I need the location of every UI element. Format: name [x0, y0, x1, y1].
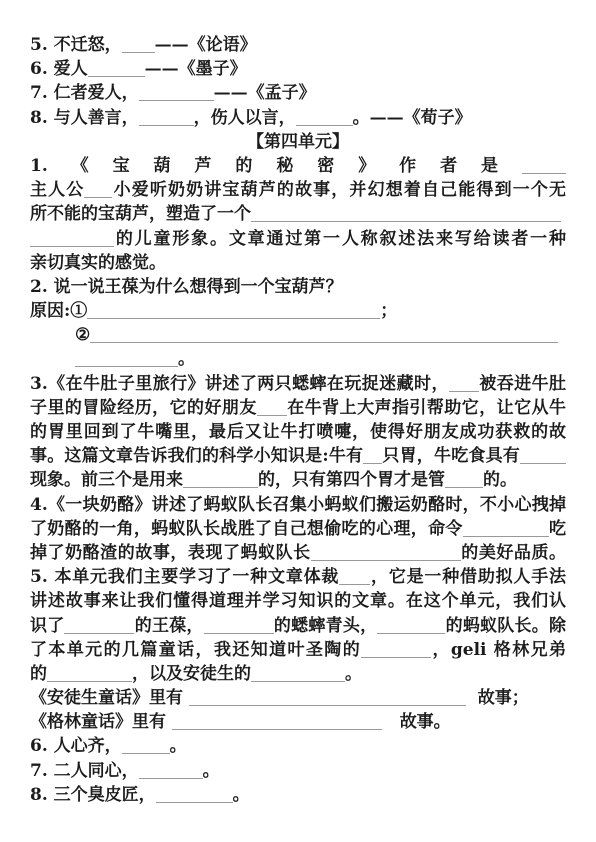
text-run: 。	[170, 736, 187, 756]
fill-in-blank-underline	[47, 667, 132, 682]
text-run: 事。这篇文章告诉我们的科学小知识是:牛有	[30, 446, 363, 466]
text-run: 的蟋蟀青头，	[274, 616, 378, 636]
text-run: 掉了奶酪渣的故事，表现了蚂蚁队长	[30, 543, 311, 563]
q5-line-4: 了本单元的几篇童话，我还知道叶圣陶的，geli 格林兄弟	[30, 638, 566, 662]
text-run: 6. 爱人	[30, 59, 88, 79]
text-run: 1.《宝葫芦的秘密》作者是	[30, 156, 522, 176]
text-run: 《格林童话》里有	[30, 712, 166, 732]
text-run: ，伤人以言，	[194, 108, 296, 128]
fill-in-blank-underline	[445, 473, 483, 488]
text-run: 小爱听奶奶讲宝葫芦的故事，并幻想着自己能得到一个无	[112, 180, 566, 200]
q3-line-2: 子里的冒险经历，它的好朋友在牛背上大声指引帮助它，让它从牛	[30, 396, 566, 420]
text-run: 《安徒生童话》里有	[30, 688, 183, 708]
q2-reason-1: 原因:①；	[30, 299, 566, 323]
fill-in-blank-underline	[363, 449, 382, 464]
q5-line-3: 识了的王葆，的蟋蟀青头，的蚂蚁队长。除	[30, 614, 566, 638]
q2-prompt: 2. 说一说王葆为什么想得到一个宝葫芦？	[30, 275, 566, 299]
fill-in-blank-underline	[204, 619, 274, 634]
text-run: 。	[233, 785, 250, 805]
text-run	[466, 688, 478, 708]
fill-in-blank-underline	[339, 570, 370, 585]
text-run: 的蚂蚁队长。除	[445, 616, 566, 636]
quote-mozi: 6. 爱人——《墨子》	[30, 57, 566, 81]
fill-in-blank-underline	[139, 111, 194, 126]
quote-mengzi: 7. 仁者爱人，——《孟子》	[30, 81, 566, 105]
text-run: 识了	[30, 616, 64, 636]
fill-in-blank-underline	[84, 183, 112, 198]
fill-in-blank-underline	[361, 643, 431, 658]
text-run: ②	[75, 325, 90, 345]
fill-in-blank-underline	[172, 715, 382, 730]
fill-in-blank-underline	[30, 232, 114, 247]
fill-in-blank-underline	[90, 328, 558, 343]
text-run: 子里的冒险经历，它的好朋友	[30, 398, 257, 418]
text-run: 7. 仁者爱人，	[30, 83, 139, 103]
text-run: 6. 人心齐，	[30, 736, 122, 756]
quote-lunyu: 5. 不迁怒，——《论语》	[30, 33, 566, 57]
text-run: 原因:①	[30, 301, 87, 321]
fill-in-blank-underline	[88, 62, 145, 77]
unit-4-header: 【第四单元】	[30, 130, 566, 154]
fill-in-blank-underline	[520, 449, 566, 464]
text-run: 现象。前三个是用来	[30, 470, 183, 490]
text-run	[382, 712, 400, 732]
q4-line-2: 了奶酪的一角，蚂蚁队长战胜了自己想偷吃的心理，命令吃	[30, 517, 566, 541]
text-run: 只胃，牛吃食具有	[382, 446, 520, 466]
saying-errentongxin: 7. 二人同心，。	[30, 759, 566, 783]
fill-in-blank-underline	[122, 38, 155, 53]
fill-in-blank-underline	[139, 86, 214, 101]
text-run: 。——《荀子》	[353, 108, 472, 128]
text-run: 2. 说一说王葆为什么想得到一个宝葫芦？	[30, 277, 343, 297]
text-run: 的王葆，	[134, 616, 203, 636]
fill-in-blank-underline	[463, 522, 549, 537]
text-run: 被吞进牛肚	[479, 374, 566, 394]
fill-in-blank-underline	[251, 207, 561, 222]
fill-in-blank-underline	[139, 764, 203, 779]
text-run: 3.《在牛肚子里旅行》讲述了两只蟋蟀在玩捉迷藏时，	[30, 374, 449, 394]
q5-line-2: 讲述故事来让我们懂得道理并学习知识的文章。在这个单元，我们认	[30, 589, 566, 613]
text-run: 5. 不迁怒，	[30, 35, 122, 55]
text-run: 。	[345, 664, 362, 684]
text-run: 故事；	[478, 688, 529, 708]
text-run: ——《论语》	[155, 35, 257, 55]
text-run: 的。	[483, 470, 517, 490]
saying-choupijiang: 8. 三个臭皮匠，。	[30, 783, 566, 807]
text-run: 。	[178, 349, 195, 369]
grimm-line: 《格林童话》里有 故事。	[30, 710, 566, 734]
quote-xunzi: 8. 与人善言，，伤人以言，。——《荀子》	[30, 106, 566, 130]
saying-renxinqi: 6. 人心齐，。	[30, 734, 566, 758]
q3-line-1: 3.《在牛肚子里旅行》讲述了两只蟋蟀在玩捉迷藏时，被吞进牛肚	[30, 372, 566, 396]
worksheet-lines: 5. 不迁怒，——《论语》6. 爱人——《墨子》7. 仁者爱人，——《孟子》8.…	[30, 33, 566, 807]
text-run: 讲述故事来让我们懂得道理并学习知识的文章。在这个单元，我们认	[30, 591, 566, 611]
text-run: 了本单元的几篇童话，我还知道叶圣陶的	[30, 640, 361, 660]
text-run: 了奶酪的一角，蚂蚁队长战胜了自己想偷吃的心理，命令	[30, 519, 463, 539]
q4-line-1: 4.《一块奶酪》讲述了蚂蚁队长召集小蚂蚁们搬运奶酪时，不小心拽掉	[30, 493, 566, 517]
text-run: 亲切真实的感觉。	[30, 253, 166, 273]
q3-line-4: 事。这篇文章告诉我们的科学小知识是:牛有只胃，牛吃食具有	[30, 444, 566, 468]
q1-line-1: 1.《宝葫芦的秘密》作者是，现代小说家、儿童文学作家。课文写	[30, 154, 566, 178]
text-run: 故事。	[400, 712, 451, 732]
fill-in-blank-underline	[257, 401, 287, 416]
text-run: ；	[380, 301, 397, 321]
q5-line-1: 5. 本单元我们主要学习了一种文章体裁，它是一种借助拟人手法	[30, 565, 566, 589]
fill-in-blank-underline	[377, 619, 445, 634]
text-run: ——《墨子》	[145, 59, 247, 79]
text-run: 主人公	[30, 180, 84, 200]
q1-line-4: 的儿童形象。文章通过第一人称叙述法来写给读者一种	[30, 227, 566, 251]
fill-in-blank-underline	[64, 619, 134, 634]
q3-line-5: 现象。前三个是用来的，只有第四个胃才是管的。	[30, 468, 566, 492]
worksheet-page: 5. 不迁怒，——《论语》6. 爱人——《墨子》7. 仁者爱人，——《孟子》8.…	[0, 0, 596, 842]
text-run: ，它是一种借助拟人手法	[370, 567, 566, 587]
text-run: ，以及安徒生的	[132, 664, 251, 684]
text-run: 4.《一块奶酪》讲述了蚂蚁队长召集小蚂蚁们搬运奶酪时，不小心拽掉	[30, 495, 566, 515]
text-run: ，geli 格林兄弟	[431, 640, 566, 660]
text-run: 的美好品质。	[461, 543, 566, 563]
q2-reason-2: ②	[30, 323, 566, 347]
q1-line-2: 主人公小爱听奶奶讲宝葫芦的故事，并幻想着自己能得到一个无	[30, 178, 566, 202]
fill-in-blank-underline	[251, 667, 345, 682]
text-run: 7. 二人同心，	[30, 761, 139, 781]
text-run: 的胃里回到了牛嘴里，最后又让牛打喷嚏，使得好朋友成功获救的故	[30, 422, 566, 442]
text-run: 的儿童形象。文章通过第一人称叙述法来写给读者一种	[114, 229, 566, 249]
fill-in-blank-underline	[311, 546, 461, 561]
text-run: 在牛背上大声指引帮助它，让它从牛	[287, 398, 566, 418]
text-run: 。	[203, 761, 220, 781]
text-run: 的	[30, 664, 47, 684]
fill-in-blank-underline	[449, 377, 479, 392]
fill-in-blank-underline	[183, 473, 258, 488]
text-run: 8. 与人善言，	[30, 108, 139, 128]
q4-line-3: 掉了奶酪渣的故事，表现了蚂蚁队长的美好品质。	[30, 541, 566, 565]
text-run: 吃	[549, 519, 566, 539]
text-run: 5. 本单元我们主要学习了一种文章体裁	[30, 567, 339, 587]
text-run: 【第四单元】	[247, 132, 349, 152]
text-run: 的，只有第四个胃才是管	[258, 470, 445, 490]
fill-in-blank-underline	[296, 111, 353, 126]
text-run: ——《孟子》	[214, 83, 316, 103]
fill-in-blank-underline	[75, 352, 178, 367]
q5-line-5: 的，以及安徒生的。	[30, 662, 566, 686]
q3-line-3: 的胃里回到了牛嘴里，最后又让牛打喷嚏，使得好朋友成功获救的故	[30, 420, 566, 444]
fill-in-blank-underline	[156, 788, 233, 803]
text-run: 所不能的宝葫芦，塑造了一个	[30, 204, 251, 224]
fill-in-blank-underline	[189, 691, 466, 706]
q2-reason-2-cont: 。	[30, 347, 566, 371]
fill-in-blank-underline	[522, 159, 566, 174]
fill-in-blank-underline	[122, 739, 170, 754]
fill-in-blank-underline	[87, 304, 380, 319]
q1-line-5: 亲切真实的感觉。	[30, 251, 566, 275]
andersen-line: 《安徒生童话》里有 故事；	[30, 686, 566, 710]
text-run: 8. 三个臭皮匠，	[30, 785, 156, 805]
q1-line-3: 所不能的宝葫芦，塑造了一个	[30, 202, 566, 226]
